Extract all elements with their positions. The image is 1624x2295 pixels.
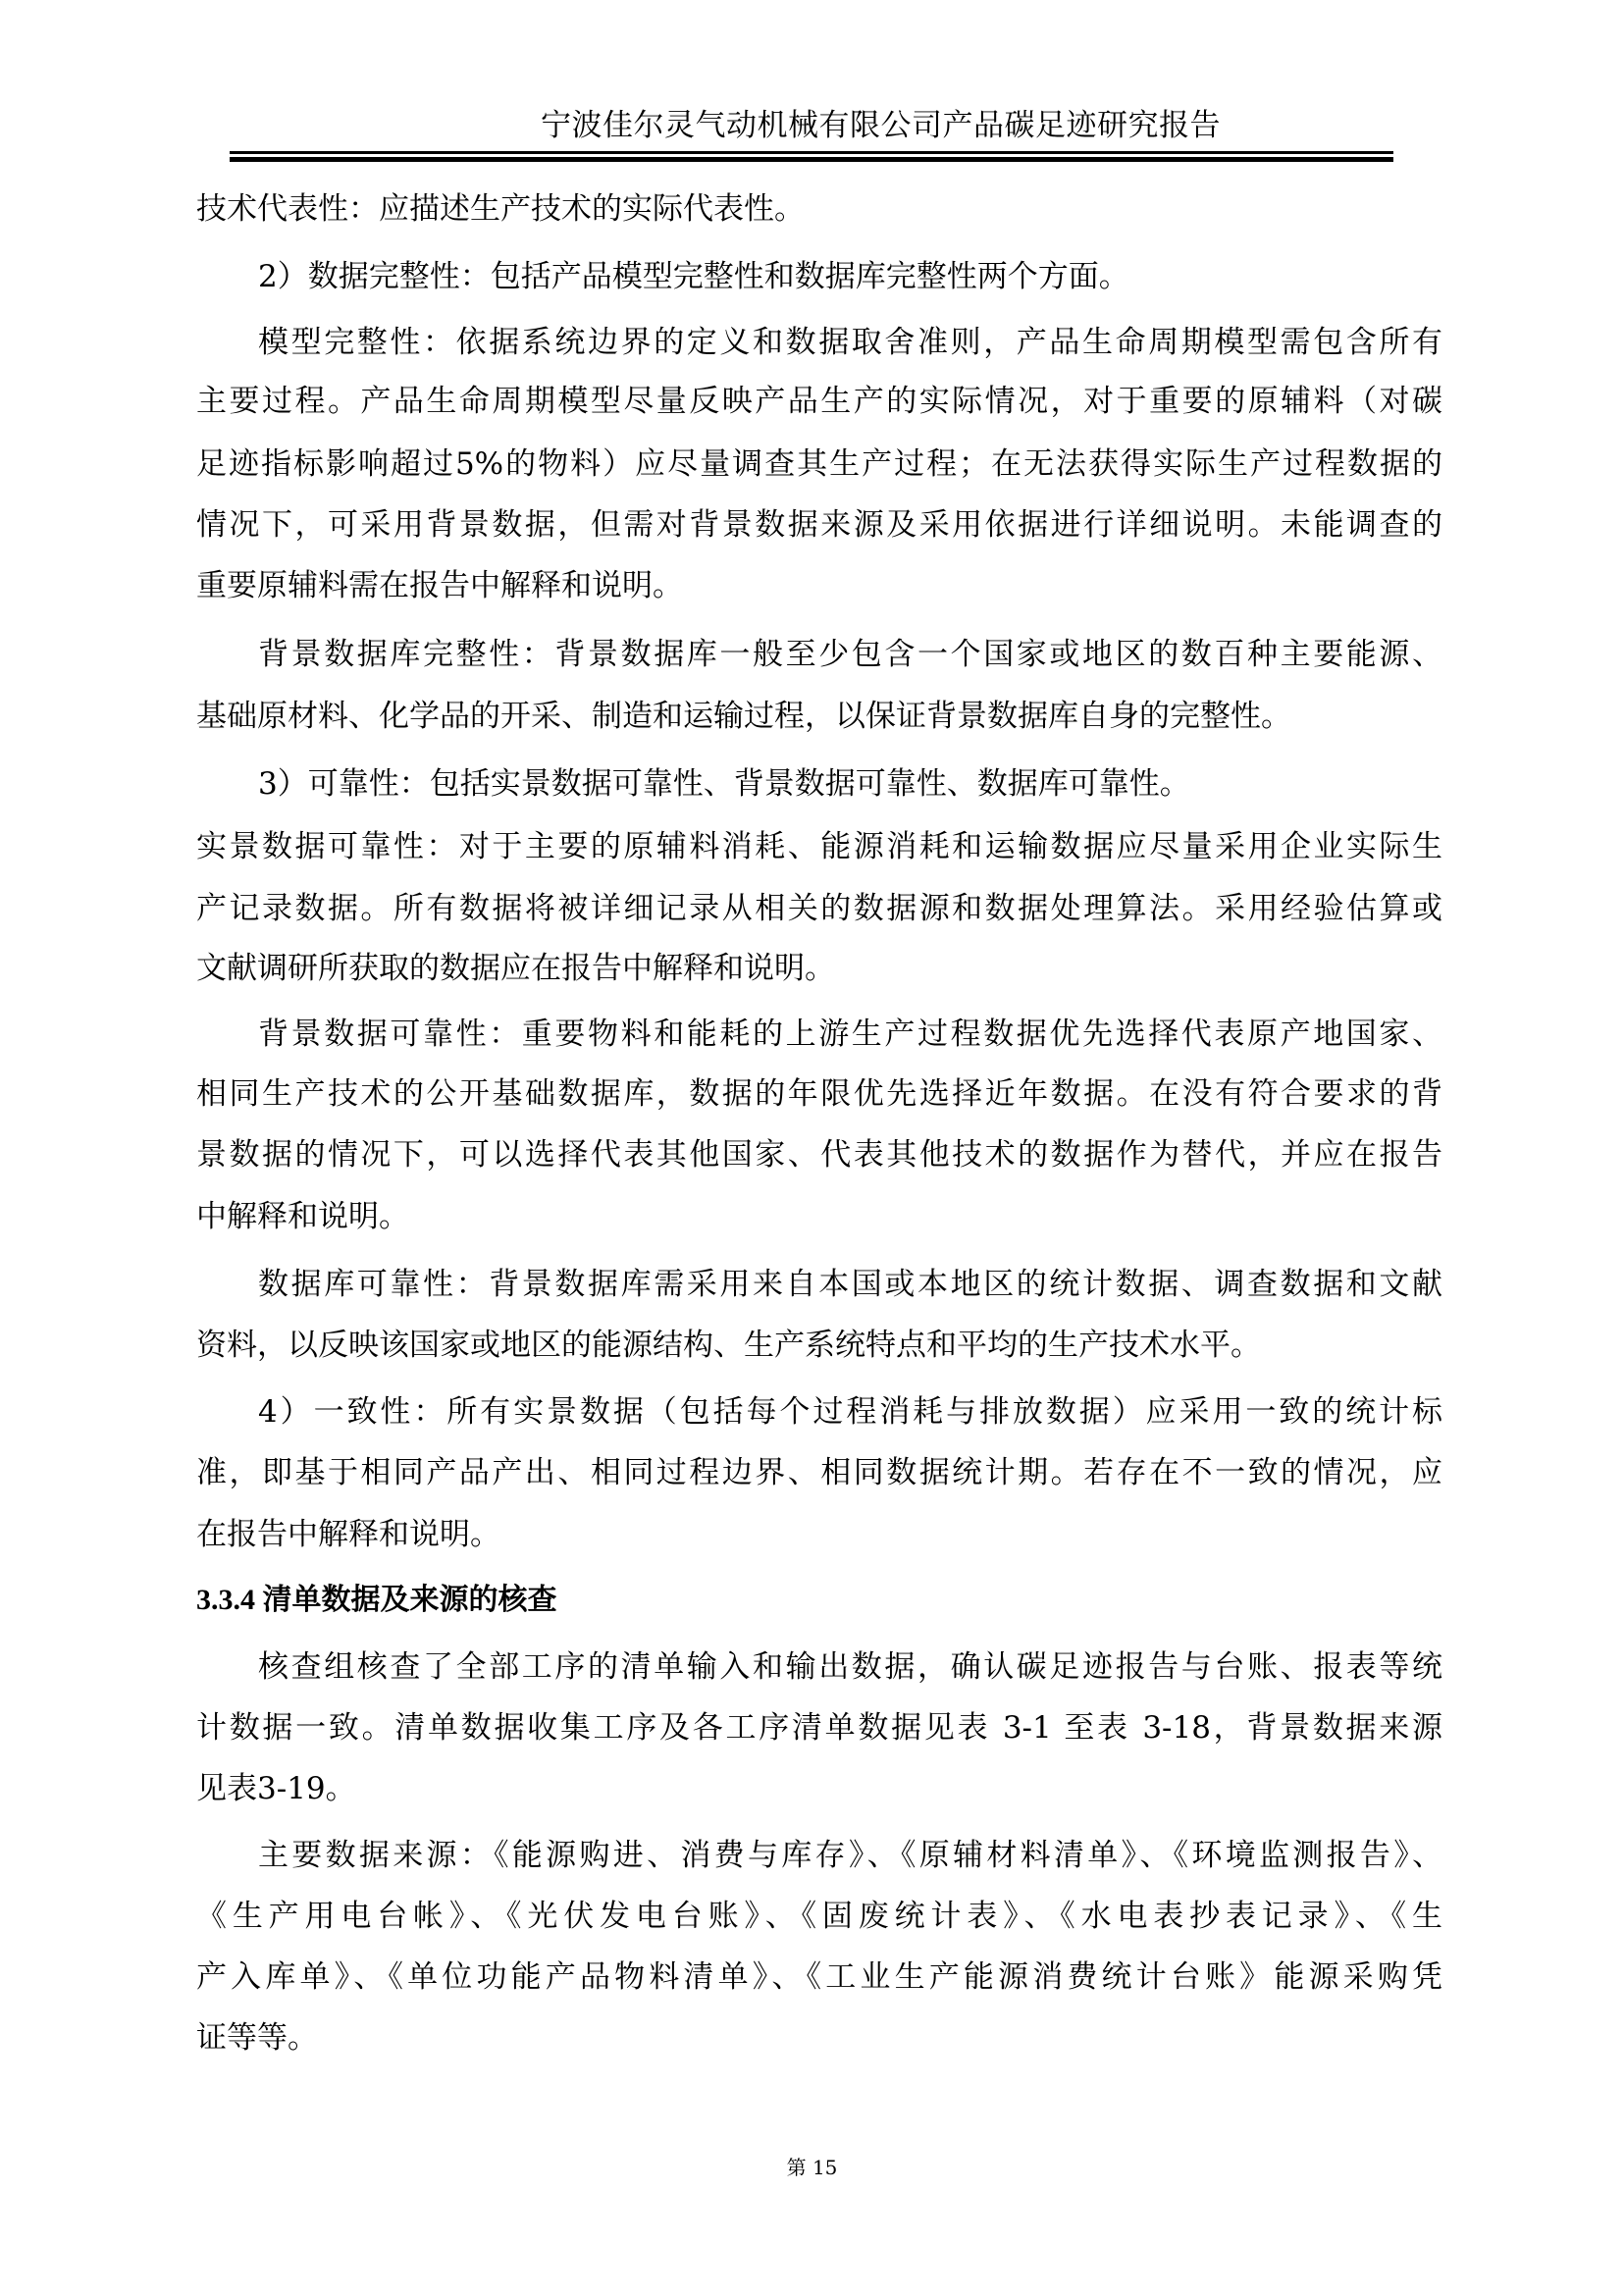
paragraph-line: 在报告中解释和说明。 [196,1515,1442,1554]
paragraph-line: 4）一致性：所有实景数据（包括每个过程消耗与排放数据）应采用一致的统计标 [258,1392,1442,1432]
paragraph-line: 计数据一致。清单数据收集工序及各工序清单数据见表 3-1 至表 3-18，背景数… [196,1708,1442,1747]
paragraph-line: 景数据的情况下，可以选择代表其他国家、代表其他技术的数据作为替代，并应在报告 [196,1135,1442,1174]
paragraph-line: 中解释和说明。 [196,1197,1442,1236]
paragraph-line: 基础原材料、化学品的开采、制造和运输过程，以保证背景数据库自身的完整性。 [196,697,1442,736]
paragraph-line: 资料，以反映该国家或地区的能源结构、生产系统特点和平均的生产技术水平。 [196,1326,1442,1365]
paragraph-line: 文献调研所获取的数据应在报告中解释和说明。 [196,949,1442,988]
paragraph-line: 3）可靠性：包括实景数据可靠性、背景数据可靠性、数据库可靠性。 [258,764,1442,804]
paragraph-line: 准，即基于相同产品产出、相同过程边界、相同数据统计期。若存在不一致的情况，应 [196,1453,1442,1492]
paragraph-line: 相同生产技术的公开基础数据库，数据的年限优先选择近年数据。在没有符合要求的背 [196,1074,1442,1114]
paragraph-line: 产记录数据。所有数据将被详细记录从相关的数据源和数据处理算法。采用经验估算或 [196,889,1442,928]
header-rule-thick [230,157,1393,162]
paragraph-line: 主要过程。产品生命周期模型尽量反映产品生产的实际情况，对于重要的原辅料（对碳 [196,382,1442,421]
section-heading: 3.3.4 清单数据及来源的核查 [196,1581,1442,1620]
paragraph-line: 见表3-19。 [196,1769,1442,1808]
paragraph-line: 情况下，可采用背景数据，但需对背景数据来源及采用依据进行详细说明。未能调查的 [196,505,1442,545]
paragraph-line: 背景数据可靠性：重要物料和能耗的上游生产过程数据优先选择代表原产地国家、 [258,1015,1442,1054]
paragraph-line: 实景数据可靠性：对于主要的原辅料消耗、能源消耗和运输数据应尽量采用企业实际生 [196,827,1442,866]
paragraph-line: 证等等。 [196,2018,1442,2058]
paragraph-line: 2）数据完整性：包括产品模型完整性和数据库完整性两个方面。 [258,257,1442,296]
paragraph-line: 足迹指标影响超过5%的物料）应尽量调查其生产过程；在无法获得实际生产过程数据的 [196,444,1442,484]
report-title: 宁波佳尔灵气动机械有限公司产品碳足迹研究报告 [0,100,1624,144]
header-rule-thin [230,151,1393,154]
paragraph-line: 重要原辅料需在报告中解释和说明。 [196,566,1442,605]
paragraph-line: 模型完整性：依据系统边界的定义和数据取舍准则，产品生命周期模型需包含所有 [258,323,1442,362]
paragraph-line: 核查组核查了全部工序的清单输入和输出数据，确认碳足迹报告与台账、报表等统 [258,1647,1442,1687]
paragraph-line: 数据库可靠性：背景数据库需采用来自本国或本地区的统计数据、调查数据和文献 [258,1265,1442,1304]
page-number: 第 15 [0,2152,1624,2180]
paragraph-line: 技术代表性：应描述生产技术的实际代表性。 [196,189,1442,229]
paragraph-line: 产入库单》、《单位功能产品物料清单》、《工业生产能源消费统计台账》能源采购凭 [196,1957,1442,1997]
paragraph-line: 《生产用电台帐》、《光伏发电台账》、《固废统计表》、《水电表抄表记录》、《生 [196,1897,1442,1936]
paragraph-line: 主要数据来源：《能源购进、消费与库存》、《原辅材料清单》、《环境监测报告》、 [258,1836,1442,1875]
paragraph-line: 背景数据库完整性：背景数据库一般至少包含一个国家或地区的数百种主要能源、 [258,635,1442,674]
